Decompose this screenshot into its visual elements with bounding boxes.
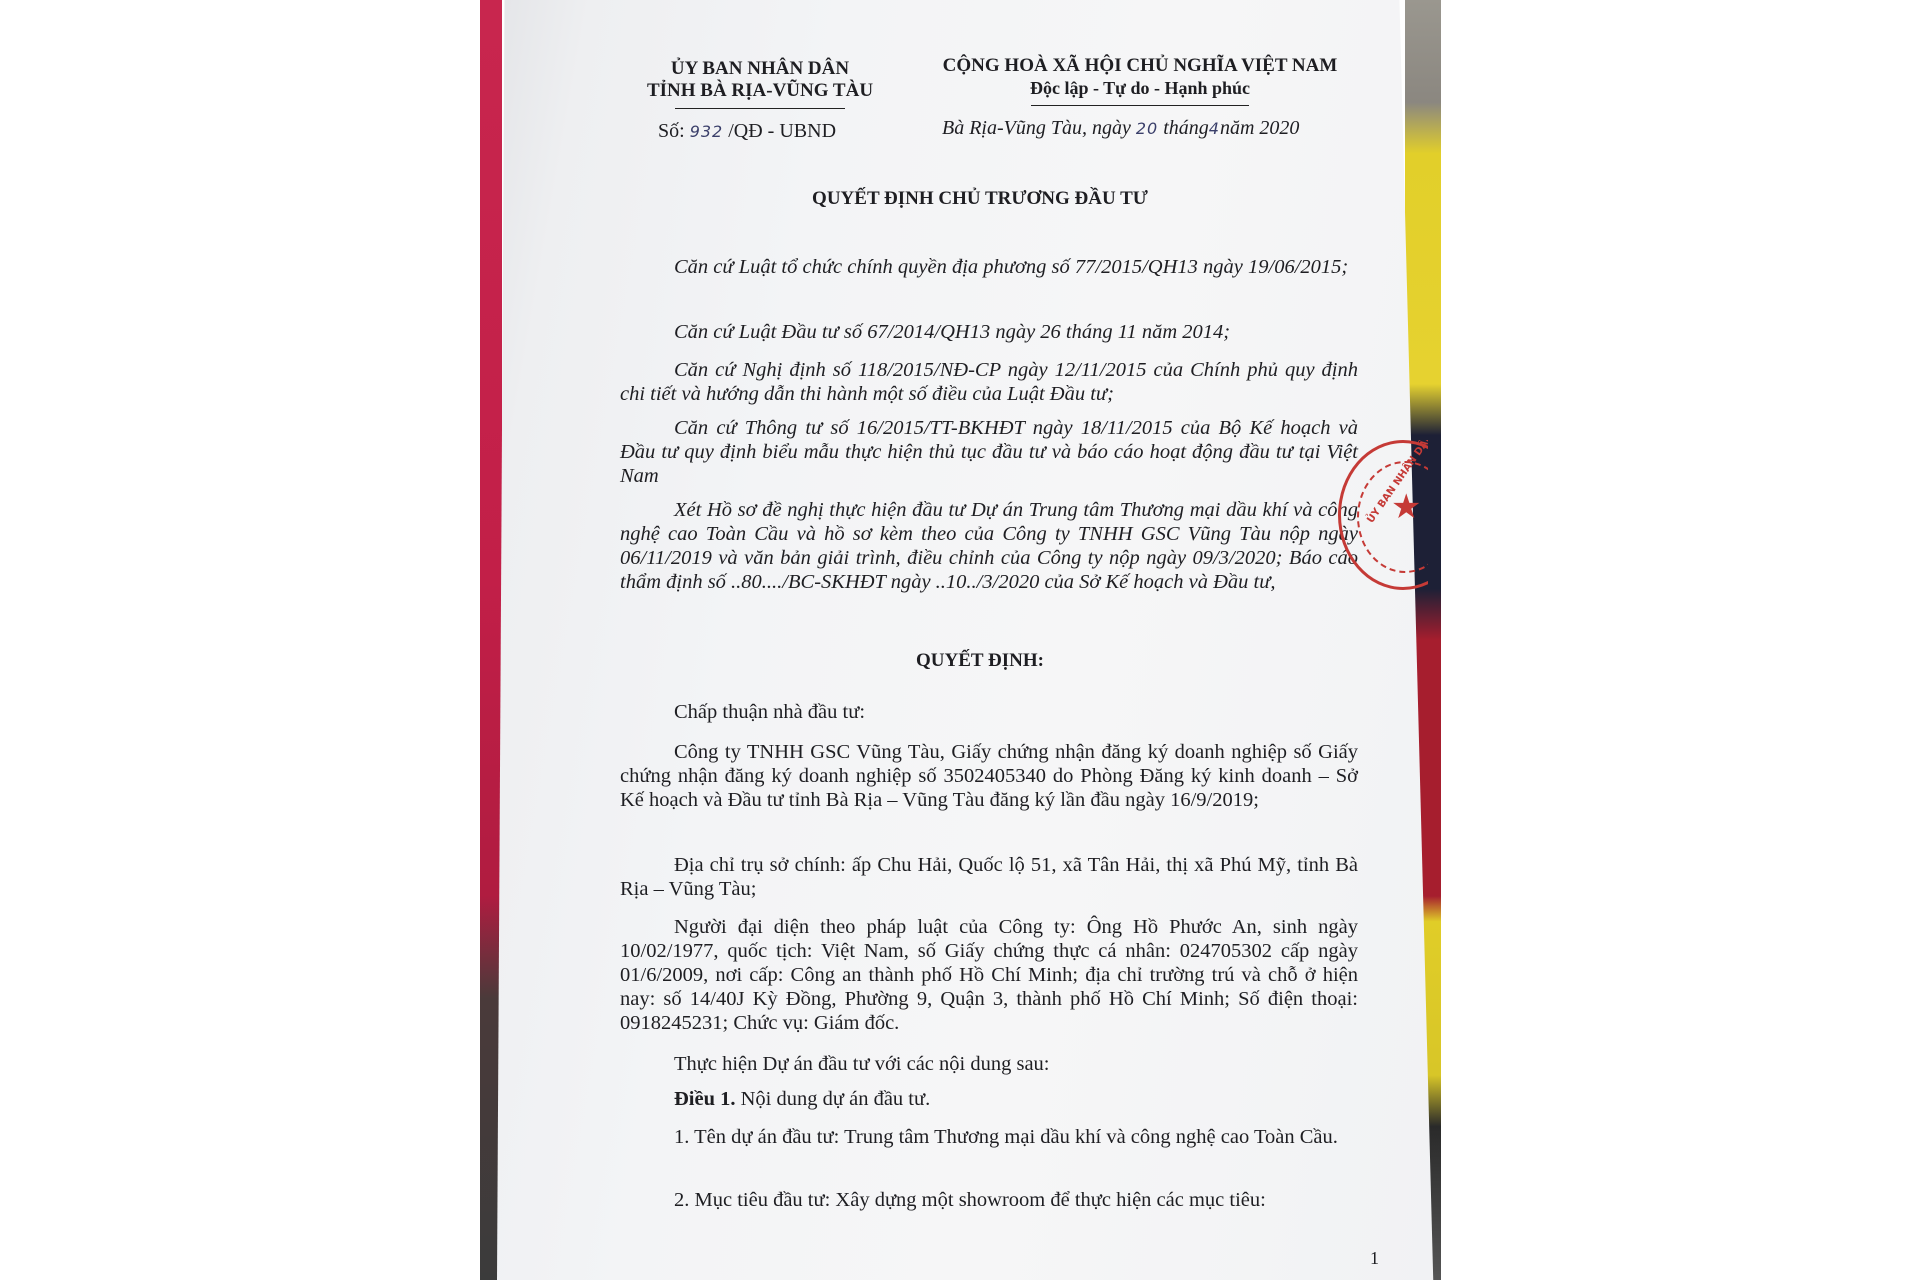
project-name: 1. Tên dự án đầu tư: Trung tâm Thương mạ… — [620, 1125, 1358, 1149]
star-emblem-icon: ★ — [1391, 487, 1421, 527]
issuing-authority: ỦY BAN NHÂN DÂN TỈNH BÀ RỊA-VŨNG TÀU — [630, 58, 890, 109]
date-month: 4 — [1209, 119, 1220, 138]
date-day: 20 — [1136, 119, 1158, 138]
so-handwritten: 932 — [690, 122, 724, 141]
article-1-text: Nội dung dự án đầu tư. — [741, 1088, 931, 1110]
article-1: Điều 1. Nội dung dự án đầu tư. — [620, 1087, 1358, 1111]
preamble-3: Căn cứ Nghị định số 118/2015/NĐ-CP ngày … — [620, 358, 1358, 406]
company-address: Địa chỉ trụ sở chính: ấp Chu Hải, Quốc l… — [620, 853, 1358, 901]
date-year: năm 2020 — [1220, 117, 1299, 139]
authority-line-1: ỦY BAN NHÂN DÂN — [630, 58, 890, 80]
decision-heading: QUYẾT ĐỊNH: — [600, 650, 1360, 672]
preamble-5: Xét Hồ sơ đề nghị thực hiện đầu tư Dự án… — [620, 498, 1358, 594]
national-motto: CỘNG HOÀ XÃ HỘI CHỦ NGHĨA VIỆT NAM Độc l… — [940, 55, 1340, 106]
investment-objective: 2. Mục tiêu đầu tư: Xây dựng một showroo… — [620, 1188, 1358, 1212]
approve-investor: Chấp thuận nhà đầu tư: — [620, 700, 1358, 724]
red-official-seal: ỦY BAN NHÂN DÂN ★ — [1338, 440, 1468, 590]
date-prefix: Bà Rịa-Vũng Tàu, ngày — [942, 117, 1131, 139]
preamble-4: Căn cứ Thông tư số 16/2015/TT-BKHĐT ngày… — [620, 416, 1358, 488]
date-month-label: tháng — [1163, 117, 1209, 139]
national-line-2: Độc lập - Tự do - Hạnh phúc — [940, 77, 1340, 99]
article-1-label: Điều 1. — [674, 1088, 736, 1110]
so-suffix: /QĐ - UBND — [728, 120, 836, 142]
document-number: Số: 932 /QĐ - UBND — [658, 120, 836, 143]
preamble-1: Căn cứ Luật tổ chức chính quyền địa phươ… — [620, 255, 1358, 279]
so-label: Số: — [658, 120, 685, 142]
issue-date: Bà Rịa-Vũng Tàu, ngày 20 tháng4năm 2020 — [942, 117, 1299, 140]
national-line-1: CỘNG HOÀ XÃ HỘI CHỦ NGHĨA VIỆT NAM — [940, 55, 1340, 77]
document-title: QUYẾT ĐỊNH CHỦ TRƯƠNG ĐẦU TƯ — [600, 188, 1360, 210]
company-info: Công ty TNHH GSC Vũng Tàu, Giấy chứng nh… — [620, 740, 1358, 812]
authority-line-2: TỈNH BÀ RỊA-VŨNG TÀU — [630, 80, 890, 102]
page-number: 1 — [1370, 1248, 1379, 1269]
implementation-intro: Thực hiện Dự án đầu tư với các nội dung … — [620, 1052, 1358, 1076]
legal-representative: Người đại diện theo pháp luật của Công t… — [620, 915, 1358, 1035]
authority-underline — [675, 108, 845, 109]
preamble-2: Căn cứ Luật Đầu tư số 67/2014/QH13 ngày … — [620, 320, 1358, 344]
motto-underline — [1031, 105, 1249, 106]
